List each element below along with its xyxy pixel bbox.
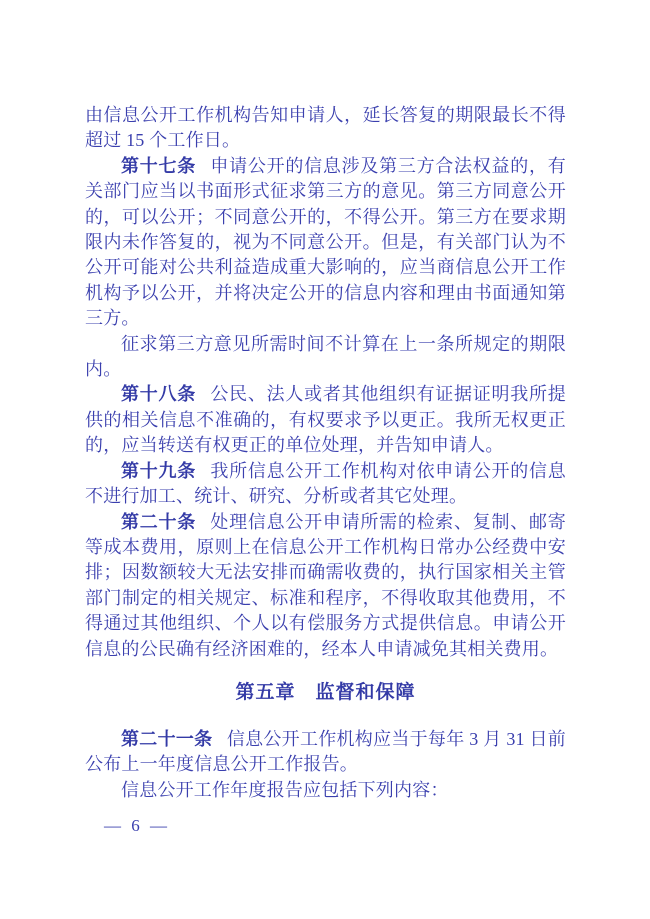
paragraph-continuation: 由信息公开工作机构告知申请人，延长答复的期限最长不得超过 15 个工作日。 (85, 103, 566, 154)
article-number-17: 第十七条 (121, 156, 196, 176)
article-number-19: 第十九条 (121, 461, 196, 481)
article-number-21: 第二十一条 (121, 729, 212, 749)
paragraph-annual-report-intro: 信息公开工作年度报告应包括下列内容： (85, 778, 566, 803)
paragraph-text: 申请公开的信息涉及第三方合法权益的，有关部门应当以书面形式征求第三方的意见。第三… (85, 156, 566, 328)
page-number: — 6 — (104, 816, 167, 836)
paragraph-text: 信息公开工作年度报告应包括下列内容： (121, 780, 449, 800)
paragraph-third-party-time: 征求第三方意见所需时间不计算在上一条所规定的期限内。 (85, 332, 566, 383)
paragraph-article-20: 第二十条处理信息公开申请所需的检索、复制、邮寄等成本费用，原则上在信息公开工作机… (85, 510, 566, 662)
chapter-heading: 第五章 监督和保障 (85, 680, 566, 706)
document-page: 由信息公开工作机构告知申请人，延长答复的期限最长不得超过 15 个工作日。 第十… (0, 0, 650, 919)
document-body: 由信息公开工作机构告知申请人，延长答复的期限最长不得超过 15 个工作日。 第十… (85, 103, 566, 803)
paragraph-text: 征求第三方意见所需时间不计算在上一条所规定的期限内。 (85, 334, 566, 379)
paragraph-text: 处理信息公开申请所需的检索、复制、邮寄等成本费用，原则上在信息公开工作机构日常办… (85, 512, 566, 659)
paragraph-article-18: 第十八条公民、法人或者其他组织有证据证明我所提供的相关信息不准确的，有权要求予以… (85, 382, 566, 458)
article-number-20: 第二十条 (121, 512, 196, 532)
paragraph-text: 由信息公开工作机构告知申请人，延长答复的期限最长不得超过 15 个工作日。 (85, 105, 566, 150)
paragraph-article-17: 第十七条申请公开的信息涉及第三方合法权益的，有关部门应当以书面形式征求第三方的意… (85, 154, 566, 332)
paragraph-article-19: 第十九条我所信息公开工作机构对依申请公开的信息不进行加工、统计、研究、分析或者其… (85, 459, 566, 510)
article-number-18: 第十八条 (121, 384, 196, 404)
paragraph-article-21: 第二十一条信息公开工作机构应当于每年 3 月 31 日前公布上一年度信息公开工作… (85, 727, 566, 778)
